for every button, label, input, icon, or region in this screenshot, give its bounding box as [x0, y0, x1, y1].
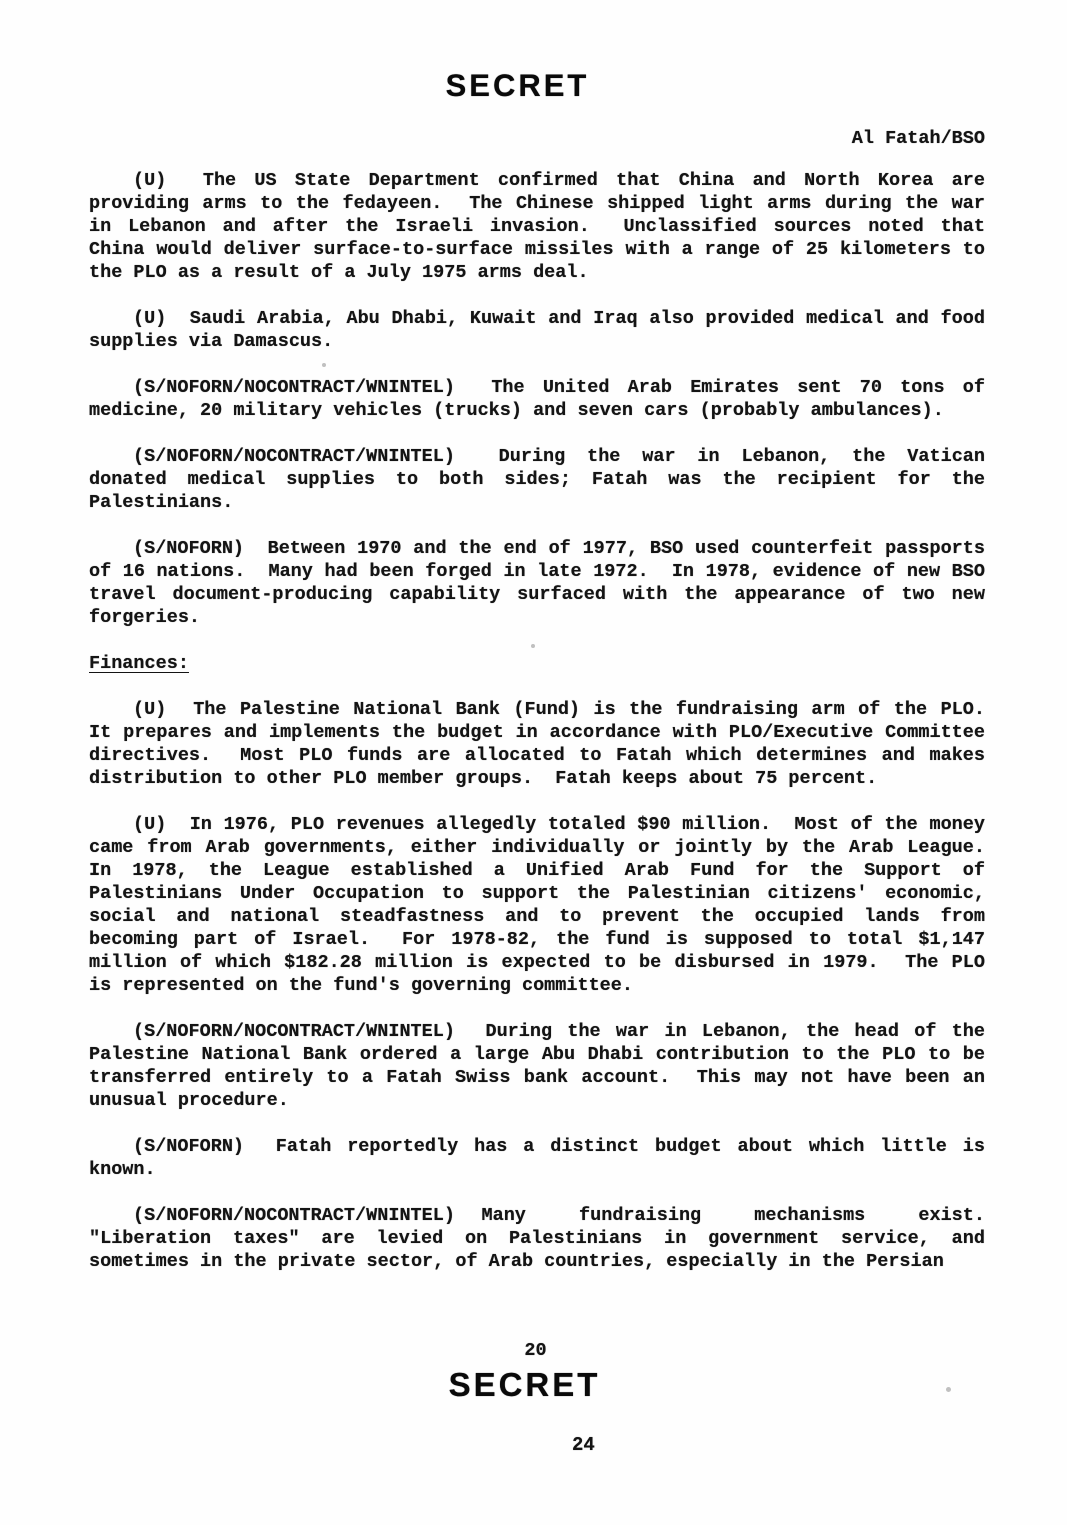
ink-speck: [946, 1387, 951, 1392]
ink-speck: [322, 363, 326, 367]
paragraph: (U) The Palestine National Bank (Fund) i…: [89, 698, 985, 790]
section-heading-finances: Finances:: [89, 652, 985, 675]
classification-footer-stamp: SECRET: [0, 1366, 1058, 1404]
paragraph: (S/NOFORN/NOCONTRACT/WNINTEL) Many fundr…: [89, 1204, 985, 1273]
paragraph: (S/NOFORN/NOCONTRACT/WNINTEL) During the…: [89, 445, 985, 514]
doc-reference: Al Fatah/BSO: [852, 128, 985, 149]
paragraph: (S/NOFORN/NOCONTRACT/WNINTEL) During the…: [89, 1020, 985, 1112]
document-page: SECRET Al Fatah/BSO (U) The US State Dep…: [0, 0, 1067, 1525]
paragraph: (S/NOFORN/NOCONTRACT/WNINTEL) The United…: [89, 376, 985, 422]
paragraph: (U) In 1976, PLO revenues allegedly tota…: [89, 813, 985, 997]
ink-speck: [531, 644, 535, 648]
paragraph: (U) Saudi Arabia, Abu Dhabi, Kuwait and …: [89, 307, 985, 353]
document-body: (U) The US State Department confirmed th…: [89, 169, 985, 1296]
paragraph: (U) The US State Department confirmed th…: [89, 169, 985, 284]
bottom-page-number: 24: [572, 1434, 595, 1456]
classification-header-stamp: SECRET: [0, 68, 1051, 105]
footer-page-number: 20: [2, 1340, 1067, 1361]
paragraph: (S/NOFORN) Between 1970 and the end of 1…: [89, 537, 985, 629]
paragraph: (S/NOFORN) Fatah reportedly has a distin…: [89, 1135, 985, 1181]
